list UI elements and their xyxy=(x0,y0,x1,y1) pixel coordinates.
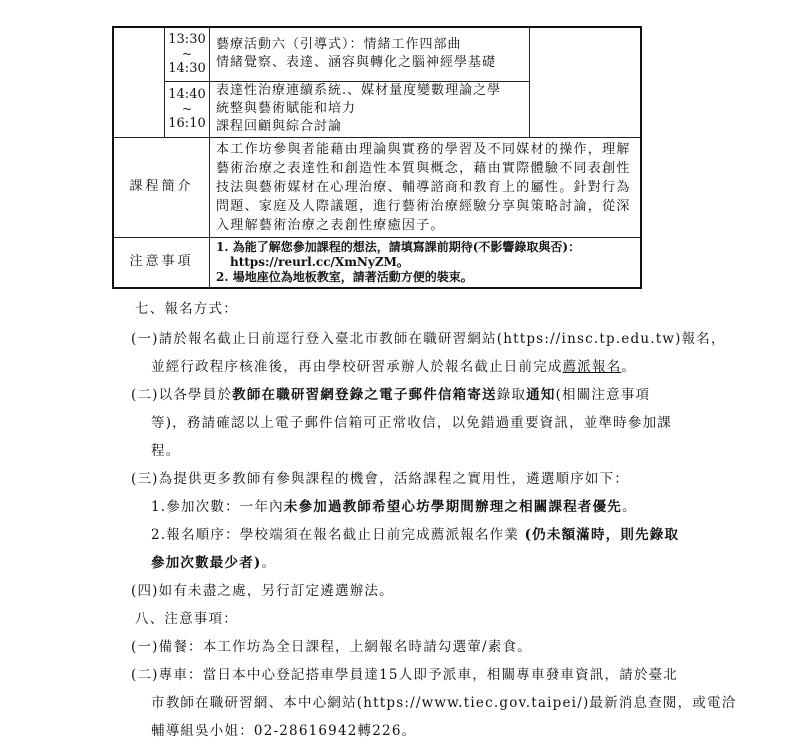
note-link[interactable]: https://reurl.cc/XmNyZM。 xyxy=(216,255,634,270)
time-start: 14:40 xyxy=(168,87,205,102)
time-start: 13:30 xyxy=(168,32,205,47)
notes-row: 注意事項 1. 為能了解您參加課程的想法，請填寫課前期待(不影響錄取與否)： h… xyxy=(113,237,641,288)
activity-cell: 表達性治療連續系統.、媒材量度變數理論之學 統整與藝術賦能和培力 課程回顧與綜合… xyxy=(210,81,530,137)
text-run: (相關注意事項 xyxy=(556,387,651,403)
note-item-1: 1. 為能了解您參加課程的想法，請填寫課前期待(不影響錄取與否)： xyxy=(216,240,634,255)
notes-cell: 1. 為能了解您參加課程的想法，請填寫課前期待(不影響錄取與否)： https:… xyxy=(210,237,642,288)
section-7-item-2-line-3: 程。 xyxy=(151,439,180,459)
activity-line: 情緒覺察、表達、涵容與轉化之腦神經學基礎 xyxy=(216,54,523,72)
section-8-item-1: (一)備餐：本工作坊為全日課程，上網報名時請勾選葷/素食。 xyxy=(131,635,532,655)
text-run: (二)以各學員於 xyxy=(131,387,232,403)
activity-line: 藝療活動六（引導式）：情緒工作四部曲 xyxy=(216,36,523,54)
notes-label: 注意事項 xyxy=(113,237,210,288)
section-7-item-1-line-2: 並經行政程序核准後，再由學校研習承辦人於報名截止日前完成薦派報名。 xyxy=(151,355,636,375)
time-sep: ~ xyxy=(167,48,207,60)
schedule-row: 13:30 ~ 14:30 藝療活動六（引導式）：情緒工作四部曲 情緒覺察、表達… xyxy=(113,27,641,81)
section-8-heading: 八、注意事項： xyxy=(135,607,238,627)
activity-line: 統整與藝術賦能和培力 xyxy=(216,100,523,118)
time-end: 16:10 xyxy=(168,116,205,131)
schedule-table: 13:30 ~ 14:30 藝療活動六（引導式）：情緒工作四部曲 情緒覺察、表達… xyxy=(112,26,642,289)
text-run: 。 xyxy=(262,555,277,571)
text-run: 2.報名順序：學校端須在報名截止日前完成薦派報名作業 xyxy=(151,527,525,543)
section-7-item-2-line-2: 等)，務請確認以上電子郵件信箱可正常收信，以免錯過重要資訊，並準時參加課 xyxy=(151,411,672,431)
day-cell xyxy=(113,27,165,137)
text-run: 。 xyxy=(621,359,636,375)
time-sep: ~ xyxy=(167,103,207,115)
section-8-item-2-line-2: 市教師在職研習網、本中心網站(https://www.tiec.gov.taip… xyxy=(151,691,736,711)
section-8-item-2-line-1: (二)專車：當日本中心登記搭車學員達15人即予派車，相關專車發車資訊，請於臺北 xyxy=(131,663,678,683)
activity-line: 表達性治療連續系統.、媒材量度變數理論之學 xyxy=(216,82,523,100)
section-7-item-3-line-1: (三)為提供更多教師有參與課程的機會，活絡課程之實用性，遴選順序如下： xyxy=(131,467,629,487)
intro-row: 課程簡介 本工作坊參與者能藉由理論與實務的學習及不同媒材的操作，理解藝術治療之表… xyxy=(113,137,641,237)
section-7-item-1-line-1: (一)請於報名截止日前逕行登入臺北市教師在職研習網站(https://insc.… xyxy=(131,327,726,347)
time-cell: 14:40 ~ 16:10 xyxy=(165,81,210,137)
activity-cell: 藝療活動六（引導式）：情緒工作四部曲 情緒覺察、表達、涵容與轉化之腦神經學基礎 xyxy=(210,27,530,81)
text-run: 。 xyxy=(622,499,637,515)
document-page: 13:30 ~ 14:30 藝療活動六（引導式）：情緒工作四部曲 情緒覺察、表達… xyxy=(0,0,793,748)
intro-label: 課程簡介 xyxy=(113,137,210,237)
time-cell: 13:30 ~ 14:30 xyxy=(165,27,210,81)
bold-text: 未參加過教師希望心坊學期間辦理之相關課程者優先 xyxy=(284,499,622,515)
instructor-cell xyxy=(530,27,642,137)
text-run: 1.參加次數：一年內 xyxy=(151,499,284,515)
section-7-heading: 七、報名方式： xyxy=(135,297,238,317)
bold-text: 參加次數最少者) xyxy=(151,555,262,571)
bold-text: 通知 xyxy=(526,387,555,403)
text-run: 並經行政程序核准後，再由學校研習承辦人於報名截止日前完成 xyxy=(151,359,563,375)
section-7-item-4: (四)如有未盡之處，另行訂定遴選辦法。 xyxy=(131,579,394,599)
text-run: 錄取 xyxy=(497,387,526,403)
bold-text: 教師在職研習網登錄之電子郵件信箱寄送 xyxy=(232,387,497,403)
nominate-register-text: 薦派報名 xyxy=(563,359,622,375)
time-end: 14:30 xyxy=(168,61,205,76)
activity-line: 課程回顧與綜合討論 xyxy=(216,118,523,136)
section-7-item-2-line-1: (二)以各學員於教師在職研習網登錄之電子郵件信箱寄送錄取通知(相關注意事項 xyxy=(131,383,650,403)
intro-text: 本工作坊參與者能藉由理論與實務的學習及不同媒材的操作，理解藝術治療之表達性和創造… xyxy=(210,137,642,237)
note-item-2: 2. 場地座位為地板教室，請著活動方便的裝束。 xyxy=(216,270,634,285)
section-7-item-3-sub-1: 1.參加次數：一年內未參加過教師希望心坊學期間辦理之相關課程者優先。 xyxy=(151,495,637,515)
section-7-item-3-sub-2: 2.報名順序：學校端須在報名截止日前完成薦派報名作業 (仍未額滿時，則先錄取 xyxy=(151,523,679,543)
section-8-item-2-line-3: 輔導組吳小姐：02-28616942轉226。 xyxy=(151,719,416,739)
section-7-item-3-sub-2-line-2: 參加次數最少者)。 xyxy=(151,551,276,571)
bold-text: (仍未額滿時，則先錄取 xyxy=(525,527,680,543)
